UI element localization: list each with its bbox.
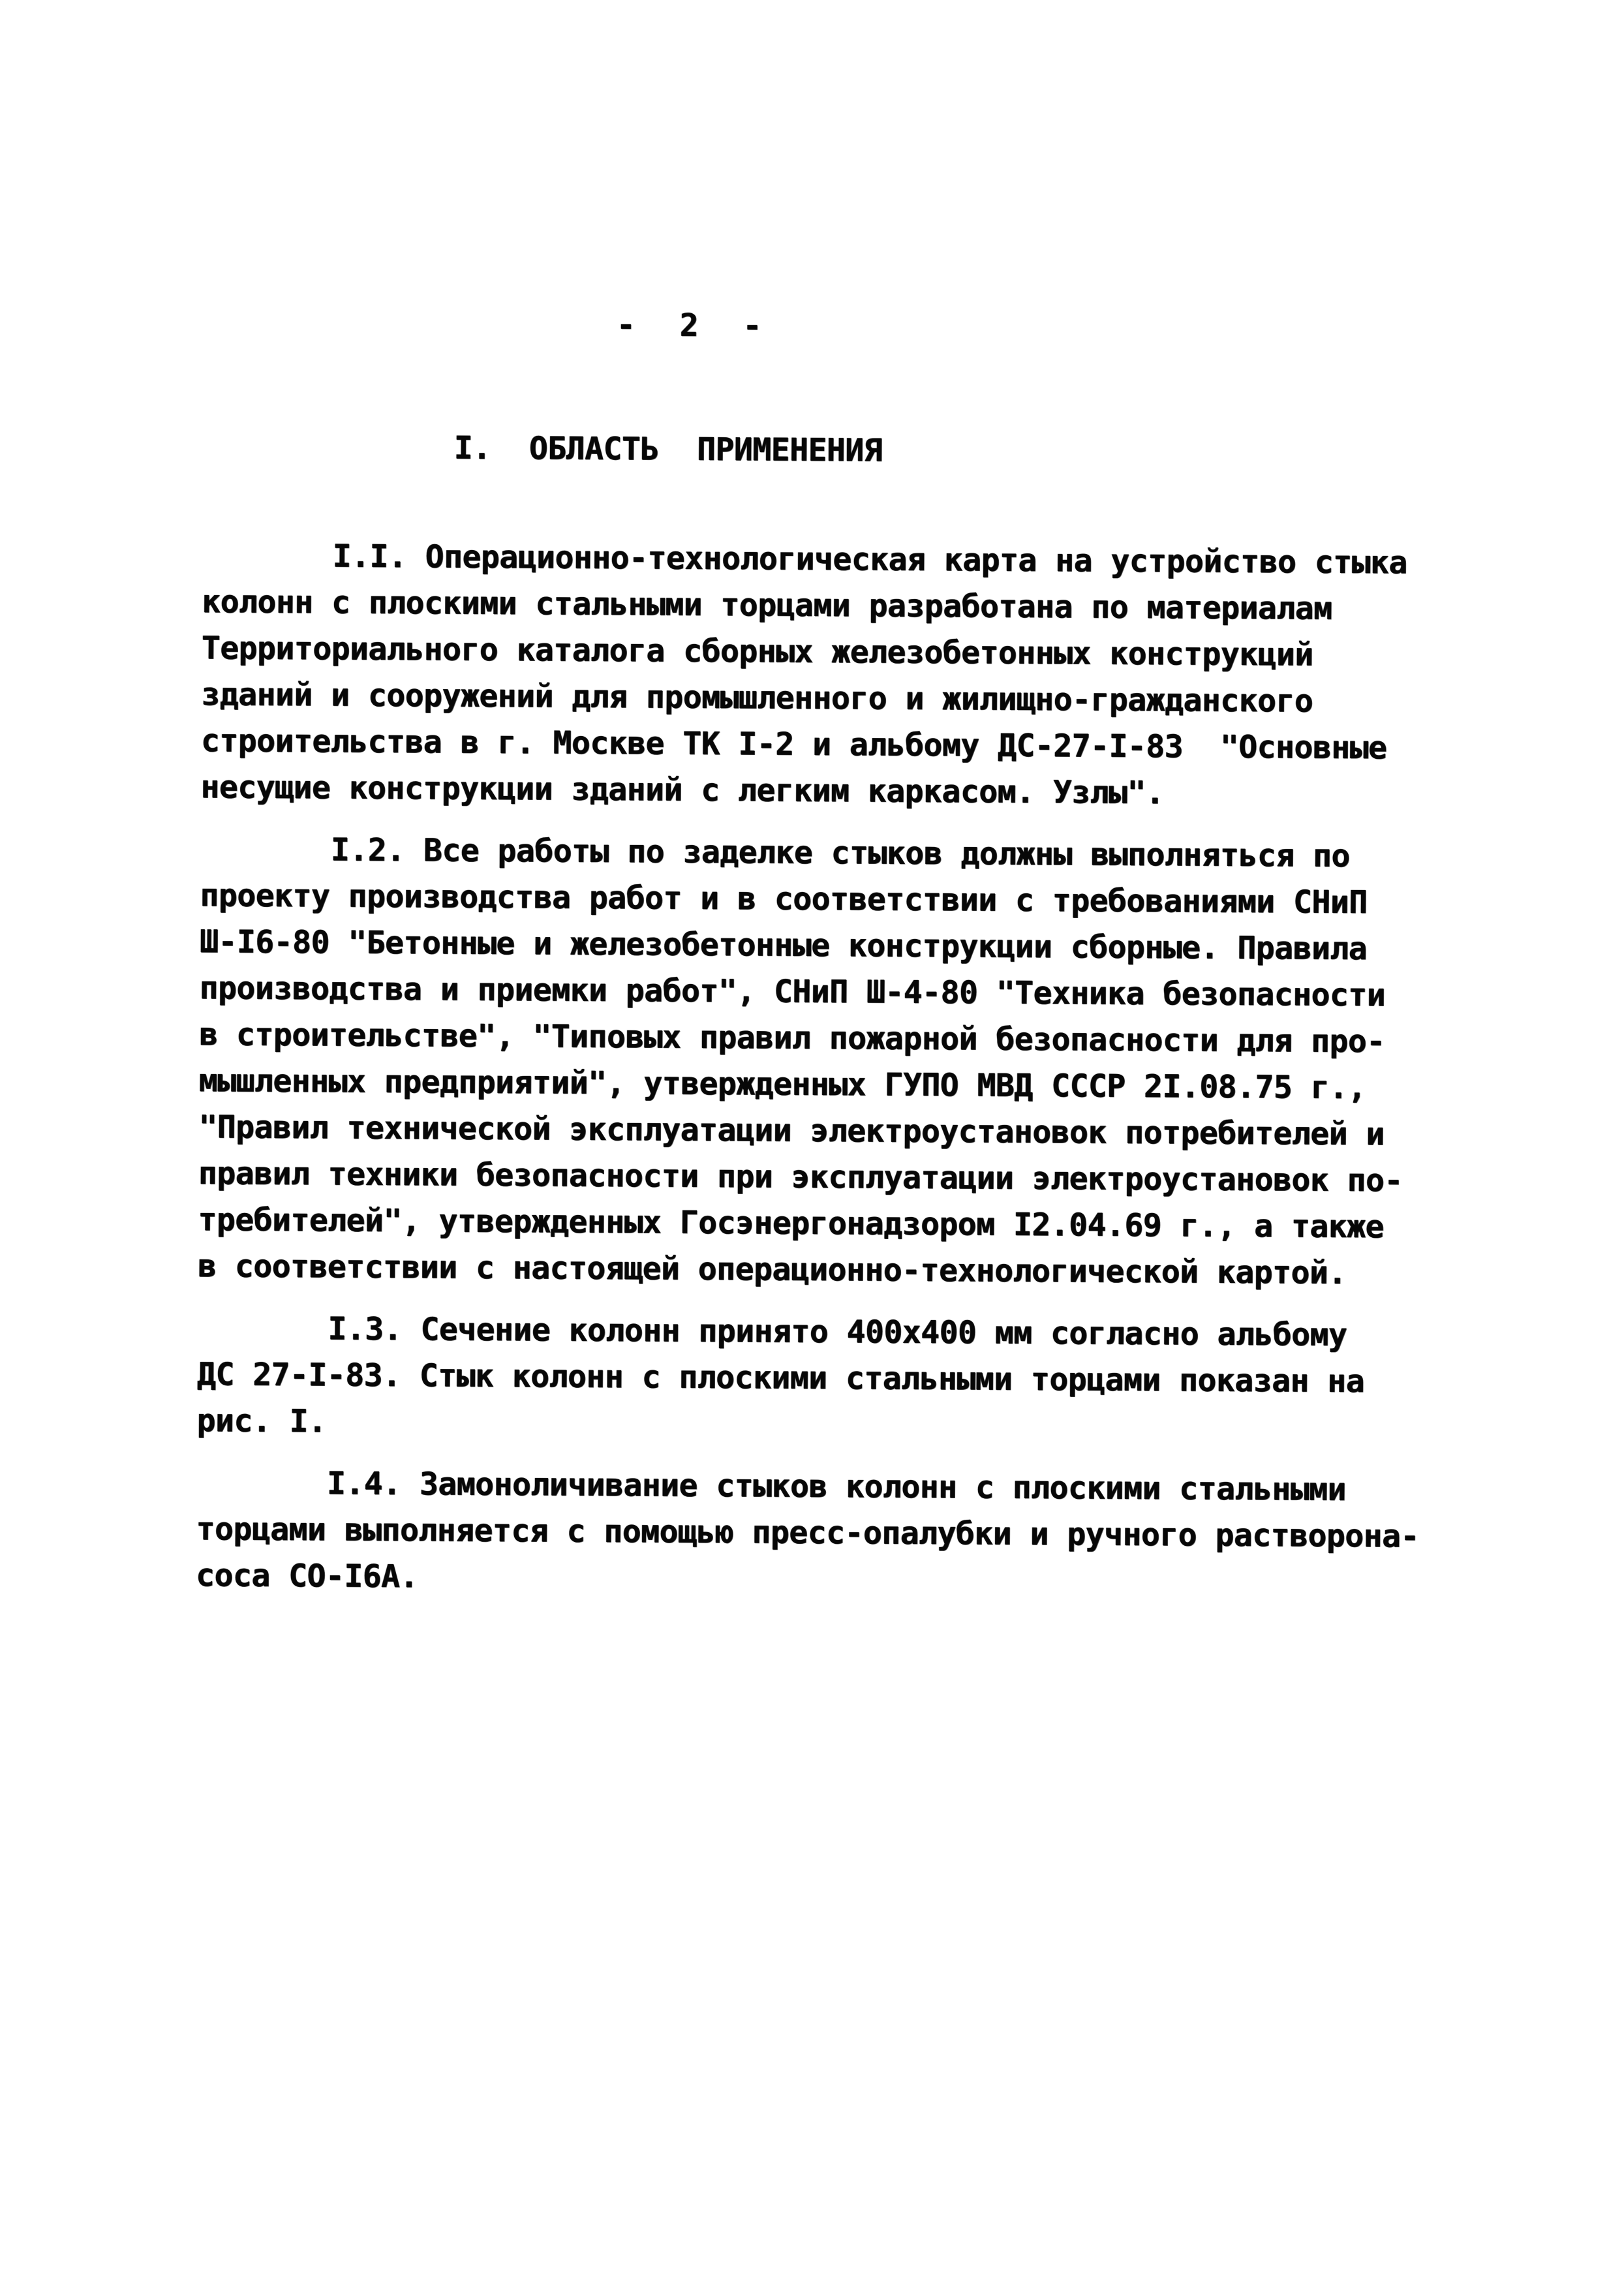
section-heading: I. ОБЛАСТЬ ПРИМЕНЕНИЯ xyxy=(454,429,883,470)
scanned-page: - 2 - I. ОБЛАСТЬ ПРИМЕНЕНИЯ I.I. Операци… xyxy=(0,0,1624,2293)
paragraph-1-2: I.2. Все работы по заделке стыков должны… xyxy=(198,826,1440,1297)
document-body: I.I. Операционно-технологическая карта н… xyxy=(196,532,1442,1622)
typed-text-block: - 2 - I. ОБЛАСТЬ ПРИМЕНЕНИЯ I.I. Операци… xyxy=(0,0,1624,2293)
paragraph-1-3: I.3. Сечение колонн принято 400х400 мм с… xyxy=(196,1305,1437,1452)
paragraph-1-4: I.4. Замоноличивание стыков колонн с пло… xyxy=(196,1460,1436,1607)
paragraph-1-1: I.I. Операционно-технологическая карта н… xyxy=(200,532,1442,818)
page-number: - 2 - xyxy=(617,305,761,345)
